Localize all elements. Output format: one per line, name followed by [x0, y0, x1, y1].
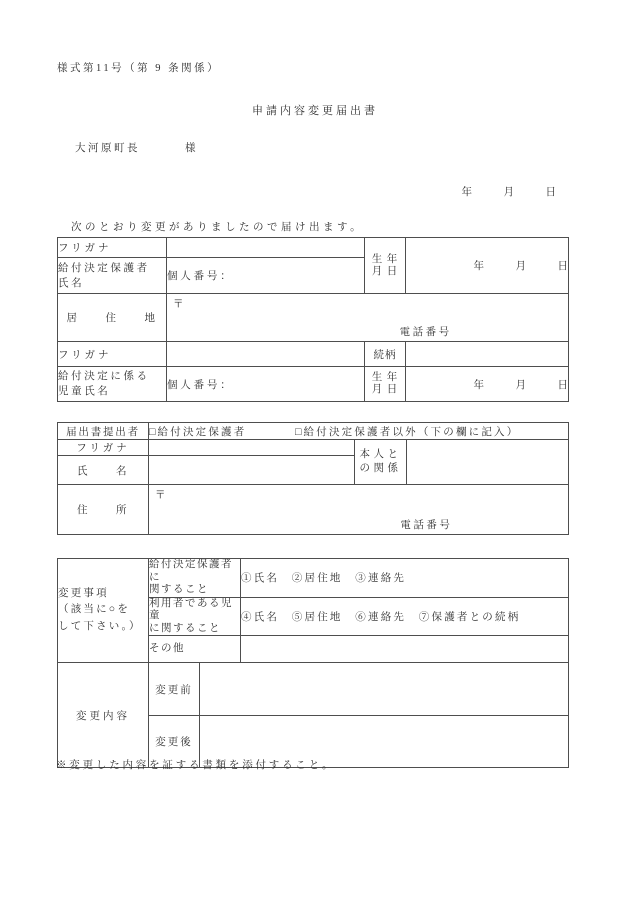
- category-guardian-line2: 関すること: [149, 584, 240, 597]
- child-name-label-line2: 児童氏名: [58, 384, 166, 399]
- child-furigana-field: [167, 342, 365, 367]
- submitter-info-table: 届出書提出者 □給付決定保護者□給付決定保護者以外（下の欄に記入） フリガナ 本…: [57, 422, 569, 535]
- submitter-name-field: [149, 456, 355, 485]
- options-other-field: [241, 636, 569, 663]
- guardian-birthdate-label-line1: 生 年: [365, 254, 405, 266]
- options-guardian: ①氏名 ②居住地 ③連絡先: [241, 559, 569, 598]
- form-number: 様式第11号（第 9 条関係）: [57, 60, 220, 75]
- submitter-option-other-label: 給付決定保護者以外（下の欄に記入）: [304, 427, 520, 438]
- guardian-birthdate-label: 生 年 月 日: [365, 238, 406, 294]
- submitter-furigana-label: フリガナ: [58, 440, 149, 456]
- residence-label: 居 住 地: [58, 294, 167, 342]
- submitter-option-guardian: □給付決定保護者: [149, 424, 295, 439]
- guardian-furigana-label: フリガナ: [58, 238, 167, 258]
- change-content-label: 変更内容: [58, 663, 149, 768]
- submitter-address-field: 〒 電話番号: [149, 485, 569, 535]
- guardian-birthdate-label-line2: 月 日: [365, 266, 405, 278]
- child-birthdate-label-line1: 生 年: [365, 372, 405, 384]
- postal-mark-icon: 〒: [155, 487, 166, 502]
- relationship-label: 続柄: [365, 342, 406, 367]
- submitter-furigana-field: [149, 440, 355, 456]
- child-birthdate-label: 生 年 月 日: [365, 367, 406, 402]
- date-line: 年 月 日: [462, 184, 557, 199]
- change-items-label-line1: 変更事項: [58, 586, 148, 603]
- child-furigana-label: フリガナ: [58, 342, 167, 367]
- page-title: 申請内容変更届出書: [0, 102, 630, 118]
- change-details-table: 変更事項 （該当に○を して下さい。） 給付決定保護者に 関すること ①氏名 ②…: [57, 558, 569, 768]
- change-items-label: 変更事項 （該当に○を して下さい。）: [58, 559, 149, 663]
- submitter-relation-label: 本人と の関係: [355, 440, 407, 485]
- child-birthdate-label-line2: 月 日: [365, 384, 405, 396]
- change-items-label-line2: （該当に○を: [58, 602, 148, 619]
- submitter-phone-label: 電話番号: [400, 517, 452, 532]
- guardian-name-label: 給付決定保護者 氏名: [58, 258, 167, 294]
- submitter-address-label: 住 所: [58, 485, 149, 535]
- submitter-label: 届出書提出者: [58, 423, 149, 440]
- category-guardian: 給付決定保護者に 関すること: [149, 559, 241, 598]
- child-birthdate-field: 年 月 日: [406, 367, 569, 402]
- submitter-option-guardian-label: 給付決定保護者: [158, 427, 247, 438]
- guardian-birthdate-field: 年 月 日: [406, 238, 569, 294]
- checkbox-icon: □: [295, 427, 304, 438]
- postal-mark-icon: 〒: [173, 296, 184, 311]
- submitter-option-other: □給付決定保護者以外（下の欄に記入）: [295, 427, 519, 438]
- checkbox-icon: □: [149, 427, 158, 438]
- submitter-name-label: 氏 名: [58, 456, 149, 485]
- guardian-furigana-field: [167, 238, 365, 258]
- category-guardian-line1: 給付決定保護者に: [149, 559, 240, 584]
- change-items-label-line3: して下さい。）: [58, 619, 148, 636]
- submitter-type-options: □給付決定保護者□給付決定保護者以外（下の欄に記入）: [149, 423, 569, 440]
- guardian-name-label-line1: 給付決定保護者: [58, 261, 166, 276]
- addressee-honorific: 様: [185, 140, 198, 155]
- child-name-label: 給付決定に係る 児童氏名: [58, 367, 167, 402]
- submitter-relation-label-line2: の関係: [355, 462, 406, 476]
- guardian-info-table: フリガナ 生 年 月 日 年 月 日 給付決定保護者 氏名 個人番号： 居 住 …: [57, 237, 569, 402]
- child-name-label-line1: 給付決定に係る: [58, 369, 166, 384]
- category-other: その他: [149, 636, 241, 663]
- addressee: 大河原町長: [75, 140, 140, 155]
- footnote: ※変更した内容を証する書類を添付すること。: [56, 757, 335, 772]
- category-child: 利用者である児童 に関すること: [149, 597, 241, 636]
- guardian-name-label-line2: 氏名: [58, 276, 166, 291]
- category-child-line1: 利用者である児童: [149, 598, 240, 623]
- child-personal-number-label: 個人番号：: [167, 367, 365, 402]
- before-change-field: [200, 663, 569, 716]
- document-page: 様式第11号（第 9 条関係） 申請内容変更届出書 大河原町長 様 年 月 日 …: [0, 0, 630, 915]
- before-change-label: 変更前: [149, 663, 200, 716]
- submitter-relation-label-line1: 本人と: [355, 448, 406, 462]
- residence-field: 〒 電話番号: [167, 294, 569, 342]
- relationship-field: [406, 342, 569, 367]
- residence-phone-label: 電話番号: [400, 324, 452, 339]
- options-child: ④氏名 ⑤居住地 ⑥連絡先 ⑦保護者との続柄: [241, 597, 569, 636]
- guardian-personal-number-label: 個人番号：: [167, 258, 365, 294]
- intro-sentence: 次のとおり変更がありましたので届け出ます。: [71, 219, 364, 234]
- submitter-relation-field: [407, 440, 569, 485]
- category-child-line2: に関すること: [149, 623, 240, 636]
